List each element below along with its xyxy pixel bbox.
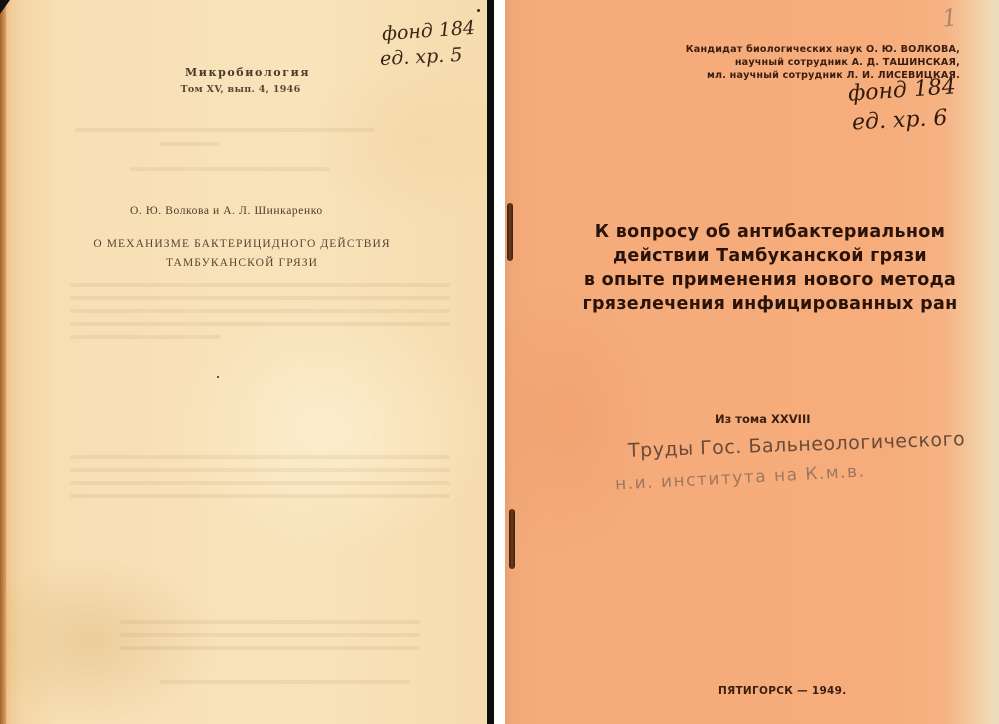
volume-reference: Из тома XXVIII xyxy=(715,412,835,426)
staple-mark xyxy=(509,509,515,569)
archive-item-note: ед. хр. 5 xyxy=(379,44,462,70)
author-credit-line: Кандидат биологических наук О. Ю. ВОЛКОВ… xyxy=(640,43,960,56)
left-document-page: Микробиология Том XV, вып. 4, 1946 фонд … xyxy=(0,0,488,724)
journal-name: Микробиология xyxy=(185,66,295,79)
archive-item-note: ед. хр. 6 xyxy=(851,106,948,136)
publication-imprint: ПЯТИГОРСК — 1949. xyxy=(718,685,848,697)
author-credit-line: научный сотрудник А. Д. ТАШИНСКАЯ, xyxy=(640,56,960,69)
scan-divider-gap xyxy=(494,0,505,724)
booklet-title-line: действии Тамбуканской грязи xyxy=(560,244,980,268)
journal-issue: Том XV, вып. 4, 1946 xyxy=(178,84,303,95)
staple-mark xyxy=(507,203,513,261)
pencil-page-number: 1 xyxy=(941,3,959,32)
author-credits: Кандидат биологических наук О. Ю. ВОЛКОВ… xyxy=(640,43,960,82)
paper-speck xyxy=(477,9,480,12)
page-spine-edge xyxy=(0,0,6,724)
paper-speck xyxy=(217,376,219,378)
article-title-line: ТАМБУКАНСКОЙ ГРЯЗИ xyxy=(72,254,412,273)
booklet-title-line: в опыте применения нового метода xyxy=(560,268,980,292)
article-title: О МЕХАНИЗМЕ БАКТЕРИЦИДНОГО ДЕЙСТВИЯ ТАМБ… xyxy=(72,235,412,273)
article-authors: О. Ю. Волкова и А. Л. Шинкаренко xyxy=(130,205,380,217)
booklet-title-line: К вопросу об антибактериальном xyxy=(560,220,980,244)
booklet-title: К вопросу об антибактериальном действии … xyxy=(560,220,980,316)
article-title-line: О МЕХАНИЗМЕ БАКТЕРИЦИДНОГО ДЕЙСТВИЯ xyxy=(72,235,412,254)
booklet-title-line: грязелечения инфицированных ран xyxy=(560,292,980,316)
scan-divider-dark xyxy=(487,0,494,724)
archive-fond-note: фонд 184 xyxy=(381,17,475,45)
